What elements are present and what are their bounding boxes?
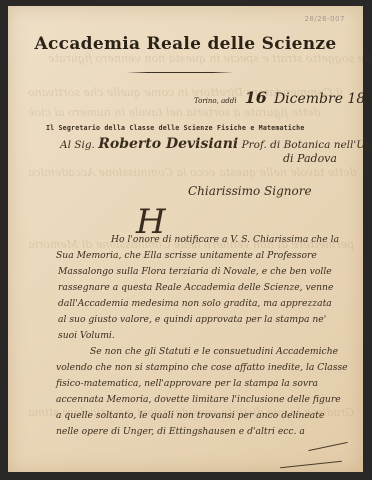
decorative-flourish xyxy=(308,442,347,451)
letter-date: Torino, addì 16 Dicembre 1864 xyxy=(194,88,372,107)
decorative-flourish xyxy=(280,461,342,468)
addressee-title: Prof. di Botanica nell'Università xyxy=(242,139,372,151)
addressee-prefix: Al Sig. xyxy=(60,139,95,151)
body-line: fisico-matematica, nell'approvare per la… xyxy=(56,378,318,389)
body-line: Sua Memoria, che Ella scrisse unitamente… xyxy=(56,250,317,261)
date-month-year: Dicembre 1864 xyxy=(274,91,372,107)
date-day: 16 xyxy=(245,88,267,107)
date-place: Torino, addì xyxy=(194,97,236,105)
salutation: Chiarissimo Signore xyxy=(188,184,312,198)
addressee-name: Roberto Devisiani xyxy=(98,136,238,152)
body-line: dall'Accademia medesima non solo gradita… xyxy=(58,298,332,309)
bleed-through-text: dette tavole nelle questa ecco la Commis… xyxy=(28,166,357,179)
body-line: volendo che non si stampino che cose aff… xyxy=(56,362,348,373)
bleed-through-text: dette figurate a sorteria nel tavole in … xyxy=(28,106,320,119)
body-line: Se non che gli Statuti e le consuetudini… xyxy=(90,346,338,357)
body-line: suoi Volumi. xyxy=(58,330,115,341)
body-line: nelle opere di Unger, di Ettingshausen e… xyxy=(56,426,305,437)
sender-line: Il Segretario della Classe delle Scienze… xyxy=(46,124,305,132)
body-line: rassegnare a questa Reale Accademia dell… xyxy=(58,282,333,293)
letterhead-rule xyxy=(126,72,234,73)
body-line: al suo giusto valore, e quindi approvata… xyxy=(58,314,326,325)
body-line: accennata Memoria, dovette limitare l'in… xyxy=(56,394,341,405)
letter-page: quelle soggetto strati e specie in quest… xyxy=(8,6,363,472)
addressee-city: di Padova xyxy=(283,152,337,165)
letterhead: Accademia Reale delle Scienze xyxy=(8,34,363,54)
archive-reference: 28/26-007 xyxy=(304,15,345,23)
addressee-line: Al Sig. Roberto Devisiani Prof. di Botan… xyxy=(60,136,372,152)
body-line: Ho l'onore di notificare a V. S. Chiaris… xyxy=(111,234,339,245)
body-line: a quelle soltanto, le quali non trovansi… xyxy=(56,410,324,421)
body-line: Massalongo sulla Flora terziaria di Nova… xyxy=(58,266,332,277)
